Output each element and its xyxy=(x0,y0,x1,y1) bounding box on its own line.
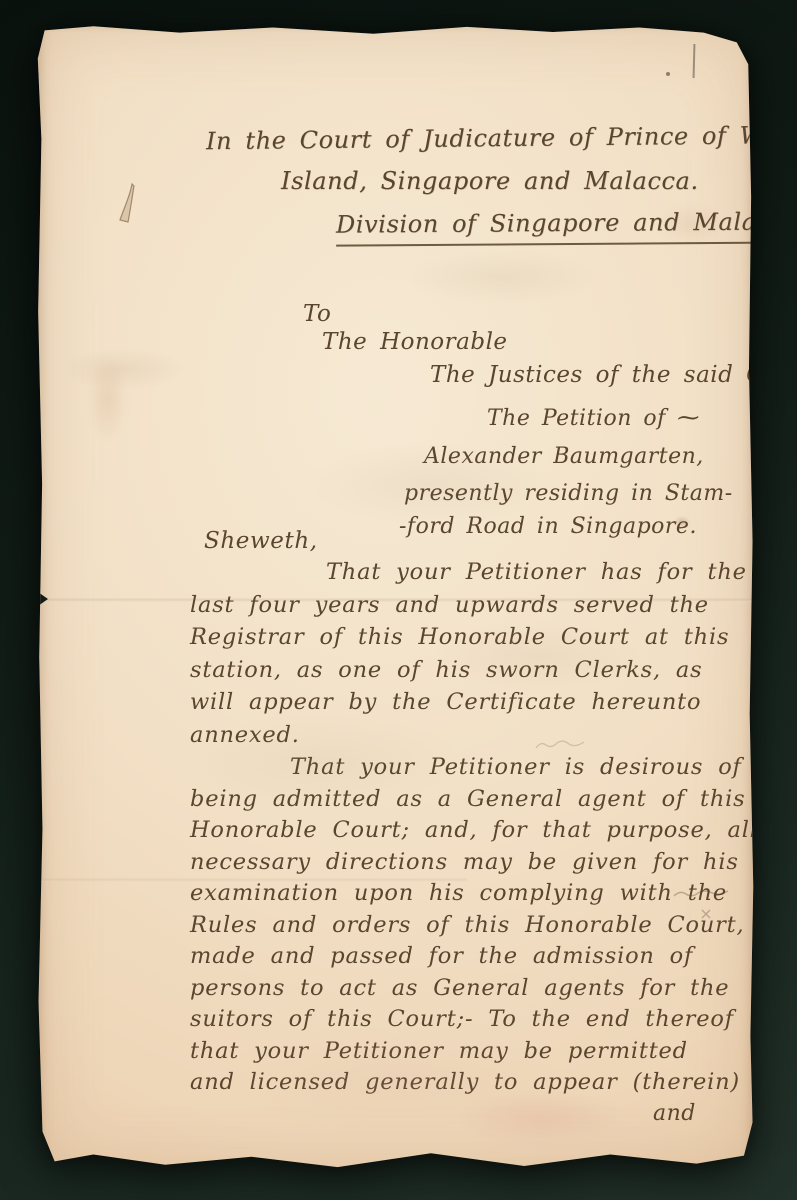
petition-intro-line: The Petition of ⁓ xyxy=(487,406,700,431)
text-line: being admitted as a General agent of thi… xyxy=(190,784,774,816)
text-line: persons to act as General agents for the xyxy=(190,973,774,1005)
salutation-justices: The Justices of the said Court. xyxy=(430,362,797,388)
text-line: necessary directions may be given for hi… xyxy=(190,847,774,879)
text-line: Registrar of this Honorable Court at thi… xyxy=(190,621,774,654)
salutation-to: To xyxy=(303,301,331,327)
text-line: That your Petitioner has for the xyxy=(190,556,774,589)
text-line: suitors of this Court;- To the end there… xyxy=(190,1004,774,1036)
document-page: In the Court of Judicature of Prince of … xyxy=(36,24,754,1174)
text-line: That your Petitioner is desirous of xyxy=(190,752,774,784)
text-line: last four years and upwards served the xyxy=(190,589,774,622)
petitioner-name: Alexander Baumgarten, xyxy=(424,444,704,469)
stain xyxy=(88,354,128,444)
text-line: Honorable Court; and, for that purpose, … xyxy=(190,815,774,847)
text-line: station, as one of his sworn Clerks, as xyxy=(190,654,774,687)
pencil-mark xyxy=(693,44,696,78)
photo-background: In the Court of Judicature of Prince of … xyxy=(0,0,797,1200)
sheweth-label: Sheweth, xyxy=(204,528,318,554)
petitioner-address-line-2: -ford Road in Singapore. xyxy=(399,514,697,539)
salutation-honorable: The Honorable xyxy=(322,329,508,355)
text-line: will appear by the Certificate hereunto xyxy=(190,686,774,719)
petition-paragraph-1: That your Petitioner has for the last fo… xyxy=(190,556,774,751)
edge-tear-notch xyxy=(35,590,48,608)
stain xyxy=(456,1092,626,1144)
text-line: examination upon his complying with the xyxy=(190,878,774,910)
petition-paragraph-2: That your Petitioner is desirous of bein… xyxy=(190,752,774,1099)
division-heading-underlined: Division of Singapore and Malacca. xyxy=(336,207,797,246)
catchword: and xyxy=(653,1101,696,1126)
court-heading-line-1: In the Court of Judicature of Prince of … xyxy=(206,121,797,155)
text-line: that your Petitioner may be permitted xyxy=(190,1036,774,1068)
pencil-mark xyxy=(666,72,670,76)
text-line: and licensed generally to appear (therei… xyxy=(190,1067,774,1099)
petitioner-address-line-1: presently residing in Stam- xyxy=(404,481,733,506)
court-heading-line-2: Island, Singapore and Malacca. xyxy=(281,167,699,195)
paper-sheet: In the Court of Judicature of Prince of … xyxy=(36,24,754,1174)
text-line: Rules and orders of this Honorable Court… xyxy=(190,910,774,942)
text-line: made and passed for the admission of xyxy=(190,941,774,973)
paper-tear-mark xyxy=(112,182,146,234)
text-line: annexed. xyxy=(190,719,774,752)
